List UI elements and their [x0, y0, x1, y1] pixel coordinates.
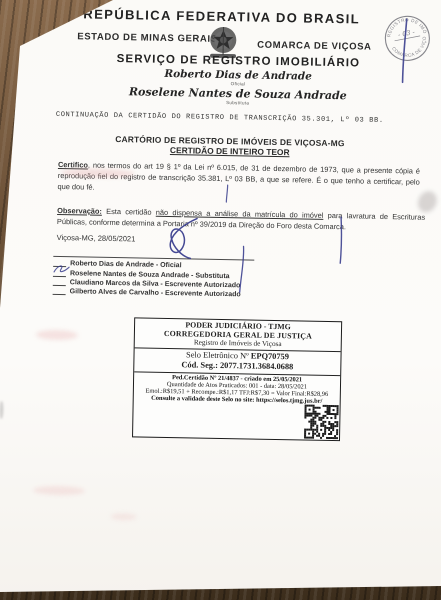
- document-page: REPÚBLICA FEDERATIVA DO BRASIL ESTADO DE…: [0, 0, 441, 600]
- qr-code: [304, 404, 339, 439]
- observation-lead: Observação:: [57, 206, 102, 216]
- scan-artifact: [0, 401, 4, 419]
- observation-before: Esta certidão: [102, 207, 156, 217]
- scan-smudge: [110, 513, 136, 520]
- seal-numbers: Selo Eletrônico Nº EPQ70759 Cód. Seg.: 2…: [134, 348, 340, 376]
- signature-blank-line: [53, 289, 66, 295]
- seal-number-label: Selo Eletrônico Nº: [186, 350, 251, 360]
- seal-details: Ped.Certidão Nº 21/4837 - criado em 25/0…: [133, 372, 340, 440]
- signatory-label: Gilberto Alves de Carvalho - Escrevente …: [70, 288, 241, 298]
- electronic-seal-box: PODER JUDICIÁRIO - TJMG CORREGEDORIA GER…: [132, 317, 342, 440]
- page-content: REPÚBLICA FEDERATIVA DO BRASIL ESTADO DE…: [0, 0, 441, 600]
- header-comarca: COMARCA DE VIÇOSA: [257, 40, 372, 53]
- notary-stamp: REGISTRO DE IMÓVEIS COMARCA DE VIÇOSA - …: [379, 10, 435, 66]
- signature-blank-line: [53, 270, 66, 276]
- signatory-list: Roberto Dias de Andrade - Oficial Rosele…: [53, 258, 384, 301]
- observation-paragraph: Observação: Esta certidão não dispensa a…: [57, 206, 425, 234]
- continuation-line: CONTINUAÇÃO DA CERTIDÃO DO REGISTRO DE T…: [56, 111, 384, 125]
- seal-box-header: PODER JUDICIÁRIO - TJMG CORREGEDORIA GER…: [135, 318, 342, 351]
- signature-blank-line: [53, 280, 66, 286]
- scan-background: REPÚBLICA FEDERATIVA DO BRASIL ESTADO DE…: [0, 0, 441, 600]
- scan-smudge: [33, 486, 85, 496]
- signature-blank-line: [53, 261, 66, 267]
- seal-number-value: EPQ70759: [251, 351, 289, 361]
- date-line: Viçosa-MG, 28/05/2021: [57, 233, 136, 243]
- scan-smudge: [36, 330, 78, 341]
- certification-paragraph: Certifico, nos termos do art 19 § 1º da …: [57, 160, 420, 199]
- header-state: ESTADO DE MINAS GERAIS: [77, 31, 217, 45]
- qr-row: [133, 402, 340, 440]
